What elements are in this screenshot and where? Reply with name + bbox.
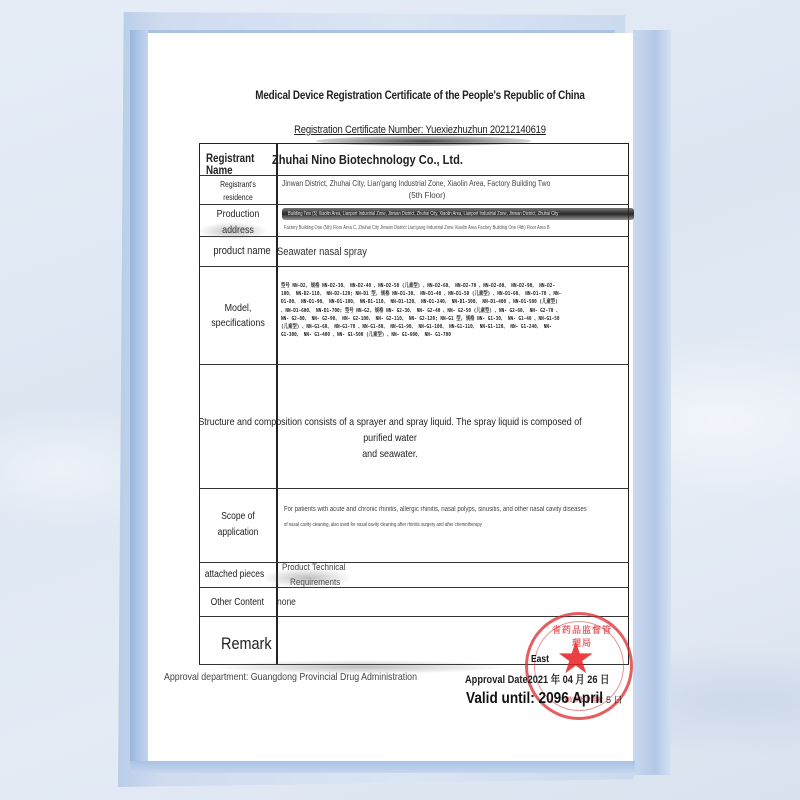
certificate-document: Medical Device Registration Certificate …	[0, 0, 800, 800]
certificate-title: Medical Device Registration Certificate …	[188, 90, 652, 102]
product-name-value: Seawater nasal spray	[277, 246, 367, 258]
row-divider	[199, 587, 629, 588]
scan-smudge	[262, 568, 352, 588]
row-divider	[199, 204, 629, 205]
residence-label-line2: residence	[206, 193, 271, 202]
production-address-value-line1: Building Two (5) Xiaolin Area, Lianport …	[288, 211, 558, 217]
structure-line2: and seawater.	[186, 446, 594, 462]
model-line: NN- G2-80、 NN- G2-90、 NN- G2-100、 NN- G2…	[281, 315, 629, 323]
valid-until-suffix: 5 日	[606, 693, 623, 706]
production-address-value-line2: Factory Building One (5th) Floor Area C,…	[284, 225, 550, 231]
other-content-label: Other Content	[211, 597, 275, 608]
model-label-line2: specifications	[206, 317, 271, 329]
structure-composition-text: Structure and composition consists of a …	[186, 414, 594, 462]
approval-department: Approval department: Guangdong Provincia…	[164, 671, 417, 683]
model-label-line1: Model,	[206, 302, 271, 314]
structure-line1: Structure and composition consists of a …	[186, 414, 594, 446]
registrant-name-label: Registrant Name	[206, 153, 274, 177]
approval-date: Approval Date2021 年 04 月 26 日	[465, 671, 609, 687]
scope-label-line1: Scope of	[206, 511, 271, 522]
residence-label-line1: Registrant's	[206, 180, 271, 189]
scope-label-line2: application	[206, 527, 271, 538]
model-line: (儿童型) 、NN-G1-60、 NN-G1-70 、NN-G1-80、 NN-…	[281, 323, 629, 331]
row-divider	[199, 562, 629, 563]
model-line: 、NN-D1-600、 NN-D1-700; 型号 NN-G2, 规格 NN- …	[281, 307, 629, 315]
seal-east-label: East	[531, 654, 549, 665]
registration-number: Registration Certificate Number: Yuexiez…	[188, 124, 652, 136]
product-name-label: product name	[207, 245, 282, 257]
scope-value-line1: For patients with acute and chronic rhin…	[284, 506, 587, 513]
model-specifications-value: 型号 NN-D2, 规格 NN-D2-30、 NN-D2-40 、NN-D2-5…	[281, 282, 629, 339]
valid-until: Valid until: 2096 April	[466, 690, 603, 708]
model-line: 型号 NN-D2, 规格 NN-D2-30、 NN-D2-40 、NN-D2-5…	[281, 282, 629, 290]
scope-value-line2: of nasal cavity cleaning, also used for …	[284, 522, 482, 528]
seal-text: 省药品监督管理局	[550, 623, 614, 649]
attached-pieces-label: attached pieces	[205, 569, 270, 580]
model-line: G1-300、 NN- G1-400 、NN- G1-500 (儿童型) 、NN…	[281, 331, 629, 339]
residence-value-line2: (5th Floor)	[277, 191, 577, 200]
production-address-label-line1: Production	[206, 208, 271, 220]
model-line: 100、 NN-D2-110、 NN-D2-120; NN-D1 型, 规格 N…	[281, 290, 629, 298]
residence-value-line1: Jinwan District, Zhuhai City, Lian'gang …	[282, 179, 550, 188]
row-divider	[199, 364, 629, 365]
model-line: D1-80、 NN-D1-90、 NN-D1-100、 NN-D1-110、 N…	[281, 298, 629, 306]
row-divider	[199, 236, 629, 237]
remark-label: Remark	[210, 634, 271, 654]
other-content-value: none	[277, 597, 296, 608]
scan-smudge	[198, 222, 268, 240]
row-divider	[199, 488, 629, 489]
row-divider	[199, 266, 629, 267]
registrant-name-value: Zhuhai Nino Biotechnology Co., Ltd.	[272, 152, 463, 167]
